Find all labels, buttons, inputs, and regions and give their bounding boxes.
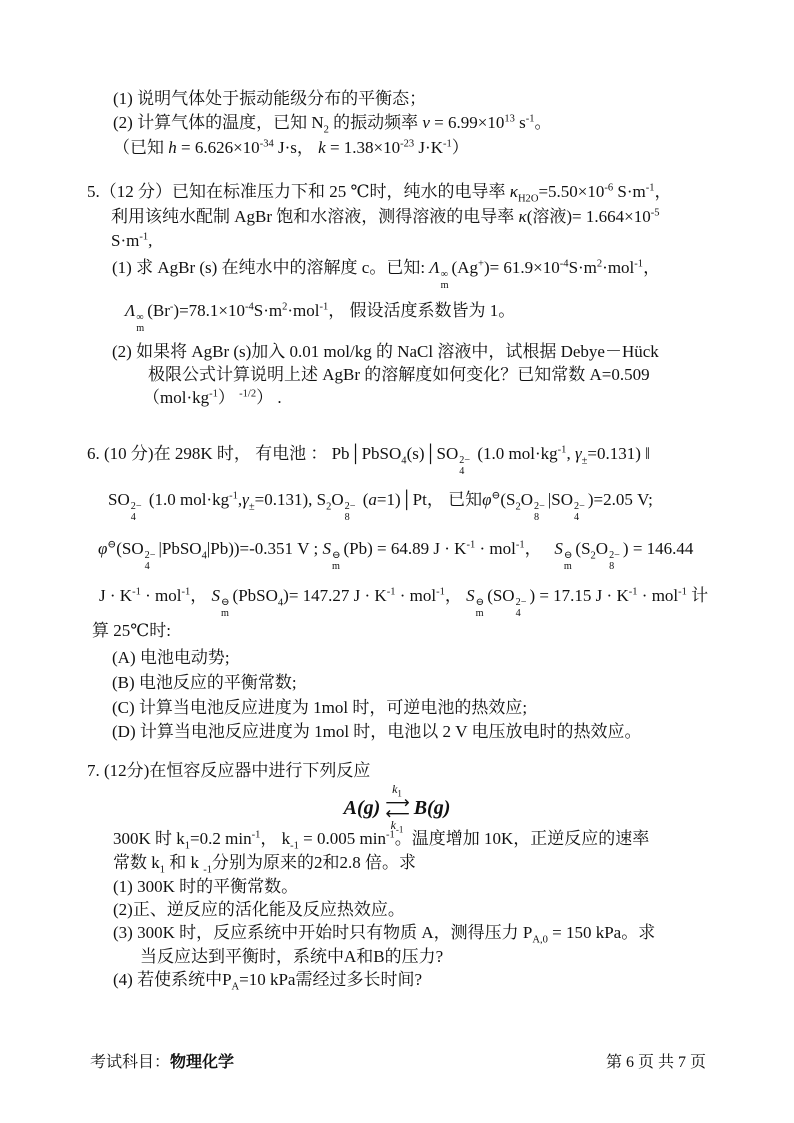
- q5-stem-line-1: 5.（12 分）已知在标准压力下和 25 ℃时，纯水的电导率 κH2O=5.50…: [87, 181, 672, 206]
- q6-item-b: (B) 电池反应的平衡常数;: [112, 672, 297, 693]
- reverse-arrow-icon: ⟵: [385, 809, 408, 820]
- q5-stem-line-3: S·m-1,: [111, 230, 152, 251]
- q6-stem-line-2: SO2−4 (1.0 mol·kg-1,γ±=0.131), S2O2−8 (a…: [108, 489, 653, 524]
- q7-item-3-line-1: (3) 300K 时，反应系统中开始时只有物质 A，测得压力 PA,0 = 15…: [113, 922, 655, 947]
- q7-heading: 7. (12分)在恒容反应器中进行下列反应: [87, 760, 370, 781]
- footer-subject-value: 物理化学: [170, 1054, 234, 1071]
- q6-stem-line-4: J · K-1 · mol-1， S⊖m(PbSO4)= 147.27 J · …: [99, 585, 708, 620]
- q6-stem-line-3: φ⊖(SO2−4|PbSO4|Pb))=-0.351 V ; S⊖m(Pb) =…: [98, 538, 693, 573]
- exam-page: (1) 说明气体处于振动能级分布的平衡态； (2) 计算气体的温度，已知 N2 …: [0, 0, 794, 1123]
- q6-stem-line-5: 算 25℃时:: [92, 620, 171, 641]
- q5-item-2-line-3: （mol·kg-1） -1/2） .: [143, 387, 282, 408]
- q5-item-2-line-1: (2) 如果将 AgBr (s)加入 0.01 mol/kg 的 NaCl 溶液…: [112, 341, 659, 362]
- equation-lhs: A(g): [344, 797, 381, 820]
- q4-item-2: (2) 计算气体的温度，已知 N2 的振动频率 ν = 6.99×1013 s-…: [113, 112, 552, 137]
- q6-stem-line-1: 6. (10 分)在 298K 时， 有电池 ： Pb│PbSO4(s)│SO2…: [87, 443, 650, 478]
- q4-item-1: (1) 说明气体处于振动能级分布的平衡态；: [113, 88, 426, 109]
- equation-rhs: B(g): [414, 797, 451, 820]
- footer-page-number: 第 6 页 共 7 页: [606, 1049, 706, 1072]
- q7-item-4: (4) 若使系统中PA=10 kPa需经过多长时间?: [113, 969, 422, 994]
- q5-item-1-line-1: (1) 求 AgBr (s) 在纯水中的溶解度 c。已知: Λ∞m(Ag+)= …: [112, 257, 660, 292]
- q5-stem-line-2: 利用该纯水配制 AgBr 饱和水溶液，测得溶液的电导率 κ(溶液)= 1.664…: [111, 206, 659, 227]
- q7-stem-line-2: 常数 k1 和 k -1分别为原来的2和2.8 倍。求: [113, 852, 416, 877]
- q6-item-a: (A) 电池电动势;: [112, 647, 230, 668]
- page-footer: 考试科目：物理化学 第 6 页 共 7 页: [90, 1049, 706, 1072]
- q6-item-d: (D) 计算当电池反应进度为 1mol 时，电池以 2 V 电压放电时的热效应。: [112, 721, 642, 742]
- q7-stem-line-1: 300K 时 k1=0.2 min-1， k-1 = 0.005 min-1。温…: [113, 828, 649, 853]
- q5-item-2-line-2: 极限公式计算说明上述 AgBr 的溶解度如何变化？已知常数 A=0.509: [148, 364, 650, 385]
- q4-note: （已知 h = 6.626×10-34 J·s， k = 1.38×10-23 …: [113, 137, 469, 158]
- q7-item-3-line-2: 当反应达到平衡时，系统中A和B的压力?: [140, 946, 443, 967]
- q7-item-2: (2)正、逆反应的活化能及反应热效应。: [113, 899, 405, 920]
- q5-item-1-line-2: Λ∞m(Br-)=78.1×10-4S·m2·mol-1， 假设活度系数皆为 1…: [125, 300, 515, 335]
- footer-subject: 考试科目：物理化学: [90, 1049, 234, 1072]
- q7-item-1: (1) 300K 时的平衡常数。: [113, 876, 298, 897]
- q6-item-c: (C) 计算当电池反应进度为 1mol 时，可逆电池的热效应;: [112, 697, 527, 718]
- footer-subject-label: 考试科目：: [90, 1054, 170, 1071]
